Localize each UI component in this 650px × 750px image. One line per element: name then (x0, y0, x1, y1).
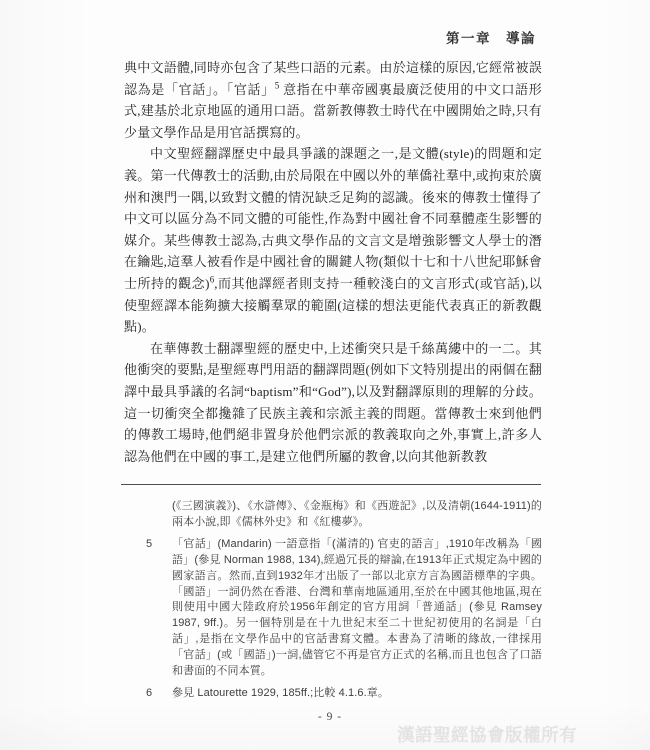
paragraph: 在華傳教士翻譯聖經的歷史中,上述衝突只是千絲萬縷中的一二。其他衝突的要點,是聖經… (124, 338, 542, 468)
footnote-text: 參見 Latourette 1929, 185ff.;比較 4.1.6.章。 (172, 686, 542, 702)
book-page: 第一章 導論 典中文語體,同時亦包含了某些口語的元素。由於這樣的原因,它經常被誤… (0, 0, 650, 750)
footnote-item: 6參見 Latourette 1929, 185ff.;比較 4.1.6.章。 (146, 686, 542, 702)
footnote-item: (《三國演義》)、《水滸傳》、《金瓶梅》和《西遊記》,以及清朝(1644-191… (146, 499, 542, 531)
copyright-watermark: 漢語聖經協會版權所有 (397, 722, 577, 747)
footnote-text: (《三國演義》)、《水滸傳》、《金瓶梅》和《西遊記》,以及清朝(1644-191… (172, 499, 542, 531)
footnote-number: 6 (146, 686, 172, 702)
footnote-text: 「官話」(Mandarin) 一語意指「(滿清的) 官吏的語言」,1910年改稱… (172, 537, 542, 680)
footnote-item: 5「官話」(Mandarin) 一語意指「(滿清的) 官吏的語言」,1910年改… (146, 537, 542, 680)
footnote-reference: 5 (275, 80, 280, 90)
footnote-number: 5 (146, 537, 172, 680)
main-text-block: 典中文語體,同時亦包含了某些口語的元素。由於這樣的原因,它經常被誤認為是「官話」… (124, 57, 542, 467)
paragraph: 典中文語體,同時亦包含了某些口語的元素。由於這樣的原因,它經常被誤認為是「官話」… (124, 57, 542, 143)
running-header: 第一章 導論 (124, 27, 536, 47)
footnote-reference: 6 (210, 275, 215, 285)
footnote-separator (121, 484, 541, 485)
footnotes-block: (《三國演義》)、《水滸傳》、《金瓶梅》和《西遊記》,以及清朝(1644-191… (146, 499, 542, 708)
paragraph: 中文聖經翻譯歷史中最具爭議的課題之一,是文體(style)的問題和定義。第一代傳… (124, 143, 542, 337)
footnote-number (146, 499, 172, 531)
